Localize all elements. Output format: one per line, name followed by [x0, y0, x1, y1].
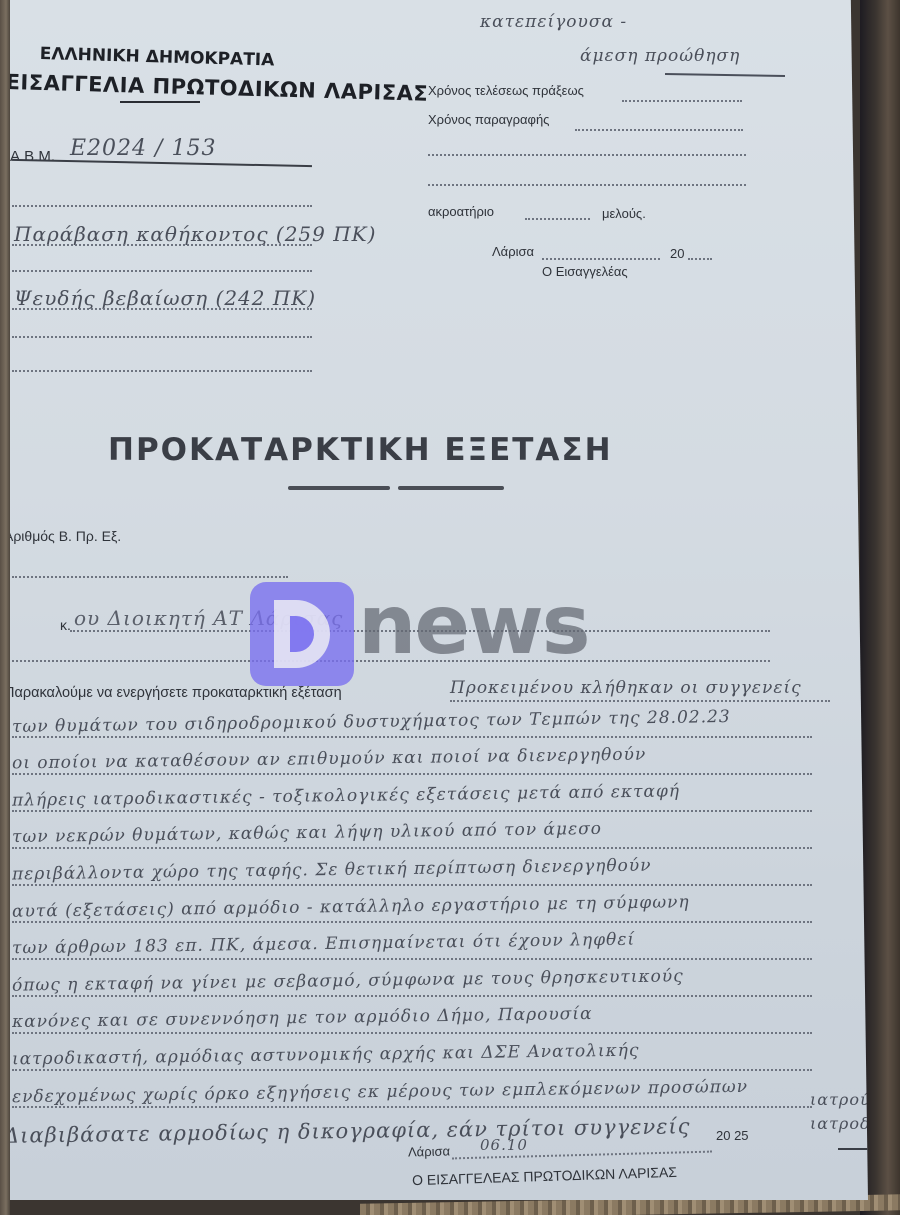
dotted-line [12, 308, 312, 310]
dotted-line [12, 205, 312, 207]
body-printed-lead: Παρακαλούμε να ενεργήσετε προκαταρκτική … [4, 685, 342, 701]
date-dotted [542, 258, 660, 260]
dnews-logo-icon [250, 582, 354, 686]
dotted-line [12, 810, 812, 812]
execution-time-dotted [622, 100, 742, 102]
body-hand-line-6: αυτά (εξετάσεις) από αρμόδιο - κατάλληλο… [12, 892, 690, 921]
dotted-line [12, 773, 812, 775]
dotted-line [428, 184, 746, 186]
footer-date: 06.10 [480, 1136, 528, 1154]
body-hand-line-9: κανόνες και σε συνεννόηση με τον αρμόδιο… [12, 1004, 593, 1032]
body-hand-line-4: των νεκρών θυμάτων, καθώς και λήψη υλικο… [12, 819, 602, 847]
abm-label: Α.Β.Μ. [10, 148, 55, 165]
dotted-line [12, 847, 812, 849]
header-republic: ΕΛΛΗΝΙΚΗ ΔΗΜΟΚΡΑΤΙΑ [39, 44, 274, 71]
charge-2: Ψευδής βεβαίωση (242 ΠΚ) [14, 286, 316, 310]
urgent-note-line2: άμεση προώθηση [580, 46, 740, 66]
place-label: Λάρισα [492, 244, 534, 259]
members-label: μελούς. [602, 206, 646, 221]
dotted-line [12, 921, 812, 923]
hearing-label: ακροατήριο [428, 204, 494, 219]
execution-time-label: Χρόνος τελέσεως πράξεως [428, 83, 584, 98]
hearing-dotted [525, 218, 590, 220]
dotted-line [12, 244, 312, 246]
body-hand-line-10: ιατροδικαστή, αρμόδιας αστυνομικής αρχής… [12, 1041, 640, 1070]
dotted-line [12, 884, 812, 886]
body-hand-line-3: πλήρεις ιατροδικαστικές - τοξικολογικές … [12, 781, 680, 810]
dotted-line [428, 154, 746, 156]
watermark-text: news [358, 578, 589, 673]
body-hand-line-12: Διαβιβάσατε αρμοδίως η δικογραφία, εάν τ… [4, 1114, 691, 1148]
prescription-label: Χρόνος παραγραφής [428, 112, 549, 127]
case-number-dotted [12, 576, 288, 578]
dotted-line [12, 1069, 812, 1071]
title-ornament-left [288, 486, 390, 490]
body-hand-line-5: περιβάλλοντα χώρο της ταφής. Σε θετική π… [12, 856, 652, 885]
title-ornament-right [398, 486, 504, 490]
dotted-line [12, 370, 312, 372]
body-hand-line-1: των θυμάτων του σιδηροδρομικού δυστυχήμα… [12, 707, 731, 737]
body-hand-line-0: Προκειμένου κλήθηκαν οι συγγενείς [450, 678, 802, 698]
dotted-line [12, 1032, 812, 1034]
table-surface-right [860, 0, 900, 1215]
table-surface-left [0, 0, 10, 1215]
prescription-dotted [575, 129, 743, 131]
body-hand-line-2: οι οποίοι να καταθέσουν αν επιθυμούν και… [12, 745, 646, 774]
urgent-note-line1: κατεπείγουσα - [480, 12, 627, 32]
dotted-line [450, 700, 830, 702]
case-number-label: Αριθμός Β. Πρ. Εξ. [4, 528, 121, 544]
year-prefix: 20 [670, 246, 684, 261]
abm-value: Ε2024 / 153 [70, 136, 216, 161]
prosecutor-signatory: Ο Εισαγγελέας [542, 264, 628, 279]
year-dotted [688, 258, 712, 260]
header-underline [120, 101, 200, 103]
header-prosecutor-office: ΕΙΣΑΓΓΕΛΙΑ ΠΡΩΤΟΔΙΚΩΝ ΛΑΡΙΣΑΣ [5, 70, 428, 106]
urgent-note-underline [665, 73, 785, 77]
dotted-line [12, 270, 312, 272]
footer-year: 20 25 [716, 1128, 749, 1143]
footer-place: Λάρισα [408, 1143, 450, 1159]
body-hand-line-8: όπως η εκταφή να γίνει με σεβασμό, σύμφω… [12, 966, 684, 995]
dotted-line [12, 958, 812, 960]
dotted-line [12, 1106, 812, 1108]
document-title: ΠΡΟΚΑΤΑΡΚΤΙΚΗ ΕΞΕΤΑΣΗ [108, 432, 613, 468]
dotted-line [12, 995, 812, 997]
charge-1: Παράβαση καθήκοντος (259 ΠΚ) [14, 222, 376, 246]
dotted-line [12, 336, 312, 338]
footer-signatory: Ο ΕΙΣΑΓΓΕΛΕΑΣ ΠΡΩΤΟΔΙΚΩΝ ΛΑΡΙΣΑΣ [412, 1164, 677, 1188]
body-hand-line-7: των άρθρων 183 επ. ΠΚ, άμεσα. Επισημαίνε… [12, 930, 635, 959]
body-hand-line-11: ενδεχομένως χωρίς όρκο εξηγήσεις εκ μέρο… [12, 1077, 748, 1107]
dotted-line [12, 736, 812, 738]
